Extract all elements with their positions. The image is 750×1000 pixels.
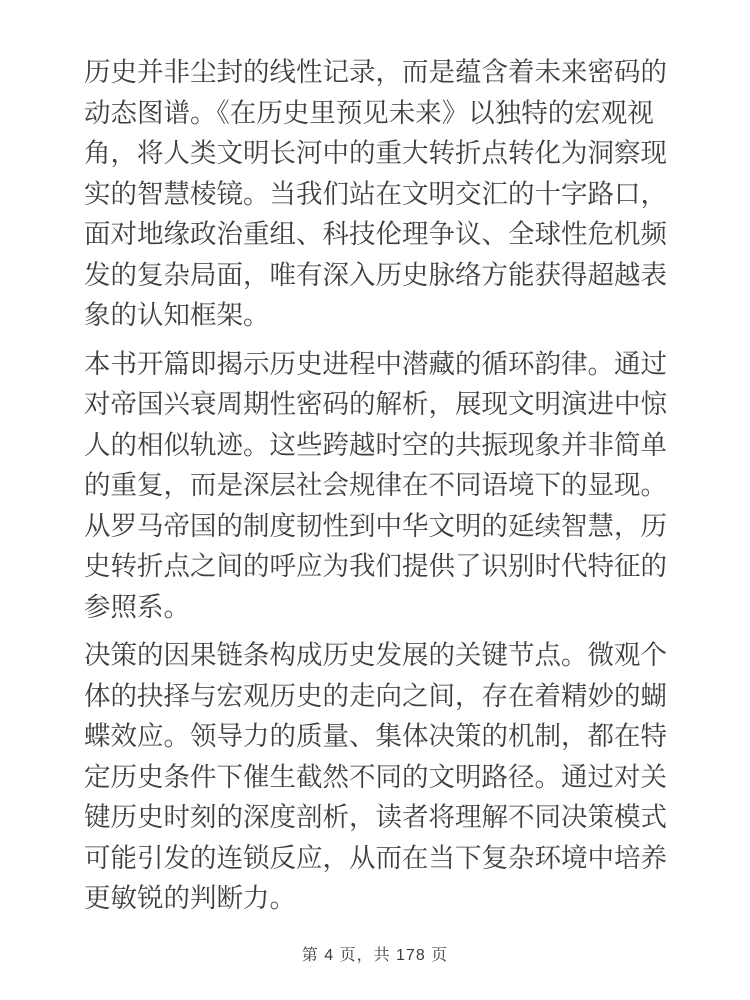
text-line: 蝶效应。领导力的质量、集体决策的机制，都在特 xyxy=(84,716,674,757)
text-line: 象的认知框架。 xyxy=(84,295,674,336)
text-line: 定历史条件下催生截然不同的文明路径。通过对关 xyxy=(84,757,674,798)
paragraph: 决策的因果链条构成历史发展的关键节点。微观个体的抉择与宏观历史的走向之间，存在着… xyxy=(84,635,674,919)
text-line: 更敏锐的判断力。 xyxy=(84,878,674,919)
text-line: 决策的因果链条构成历史发展的关键节点。微观个 xyxy=(84,635,674,676)
text-line: 从罗马帝国的制度韧性到中华文明的延续智慧，历 xyxy=(84,506,674,547)
text-line: 对帝国兴衰周期性密码的解析，展现文明演进中惊 xyxy=(84,384,674,425)
text-line: 本书开篇即揭示历史进程中潜藏的循环韵律。通过 xyxy=(84,344,674,385)
text-line: 面对地缘政治重组、科技伦理争议、全球性危机频 xyxy=(84,214,674,255)
text-line: 体的抉择与宏观历史的走向之间，存在着精妙的蝴 xyxy=(84,676,674,717)
page-footer: 第 4 页，共 178 页 xyxy=(0,944,750,968)
text-line: 的重复，而是深层社会规律在不同语境下的显现。 xyxy=(84,465,674,506)
page-indicator: 第 4 页，共 178 页 xyxy=(302,947,448,964)
paragraph: 历史并非尘封的线性记录，而是蕴含着未来密码的动态图谱。《在历史里预见未来》以独特… xyxy=(84,52,674,336)
text-line: 历史并非尘封的线性记录，而是蕴含着未来密码的 xyxy=(84,52,674,93)
text-line: 角，将人类文明长河中的重大转折点转化为洞察现 xyxy=(84,133,674,174)
document-page: 历史并非尘封的线性记录，而是蕴含着未来密码的动态图谱。《在历史里预见未来》以独特… xyxy=(0,0,750,1000)
paragraph: 本书开篇即揭示历史进程中潜藏的循环韵律。通过对帝国兴衰周期性密码的解析，展现文明… xyxy=(84,344,674,628)
text-line: 参照系。 xyxy=(84,587,674,628)
page-content: 历史并非尘封的线性记录，而是蕴含着未来密码的动态图谱。《在历史里预见未来》以独特… xyxy=(84,52,674,927)
text-line: 史转折点之间的呼应为我们提供了识别时代特征的 xyxy=(84,546,674,587)
text-line: 动态图谱。《在历史里预见未来》以独特的宏观视 xyxy=(84,93,674,134)
text-line: 可能引发的连锁反应，从而在当下复杂环境中培养 xyxy=(84,838,674,879)
text-line: 发的复杂局面，唯有深入历史脉络方能获得超越表 xyxy=(84,255,674,296)
text-line: 人的相似轨迹。这些跨越时空的共振现象并非简单 xyxy=(84,425,674,466)
text-line: 实的智慧棱镜。当我们站在文明交汇的十字路口， xyxy=(84,174,674,215)
text-line: 键历史时刻的深度剖析，读者将理解不同决策模式 xyxy=(84,797,674,838)
